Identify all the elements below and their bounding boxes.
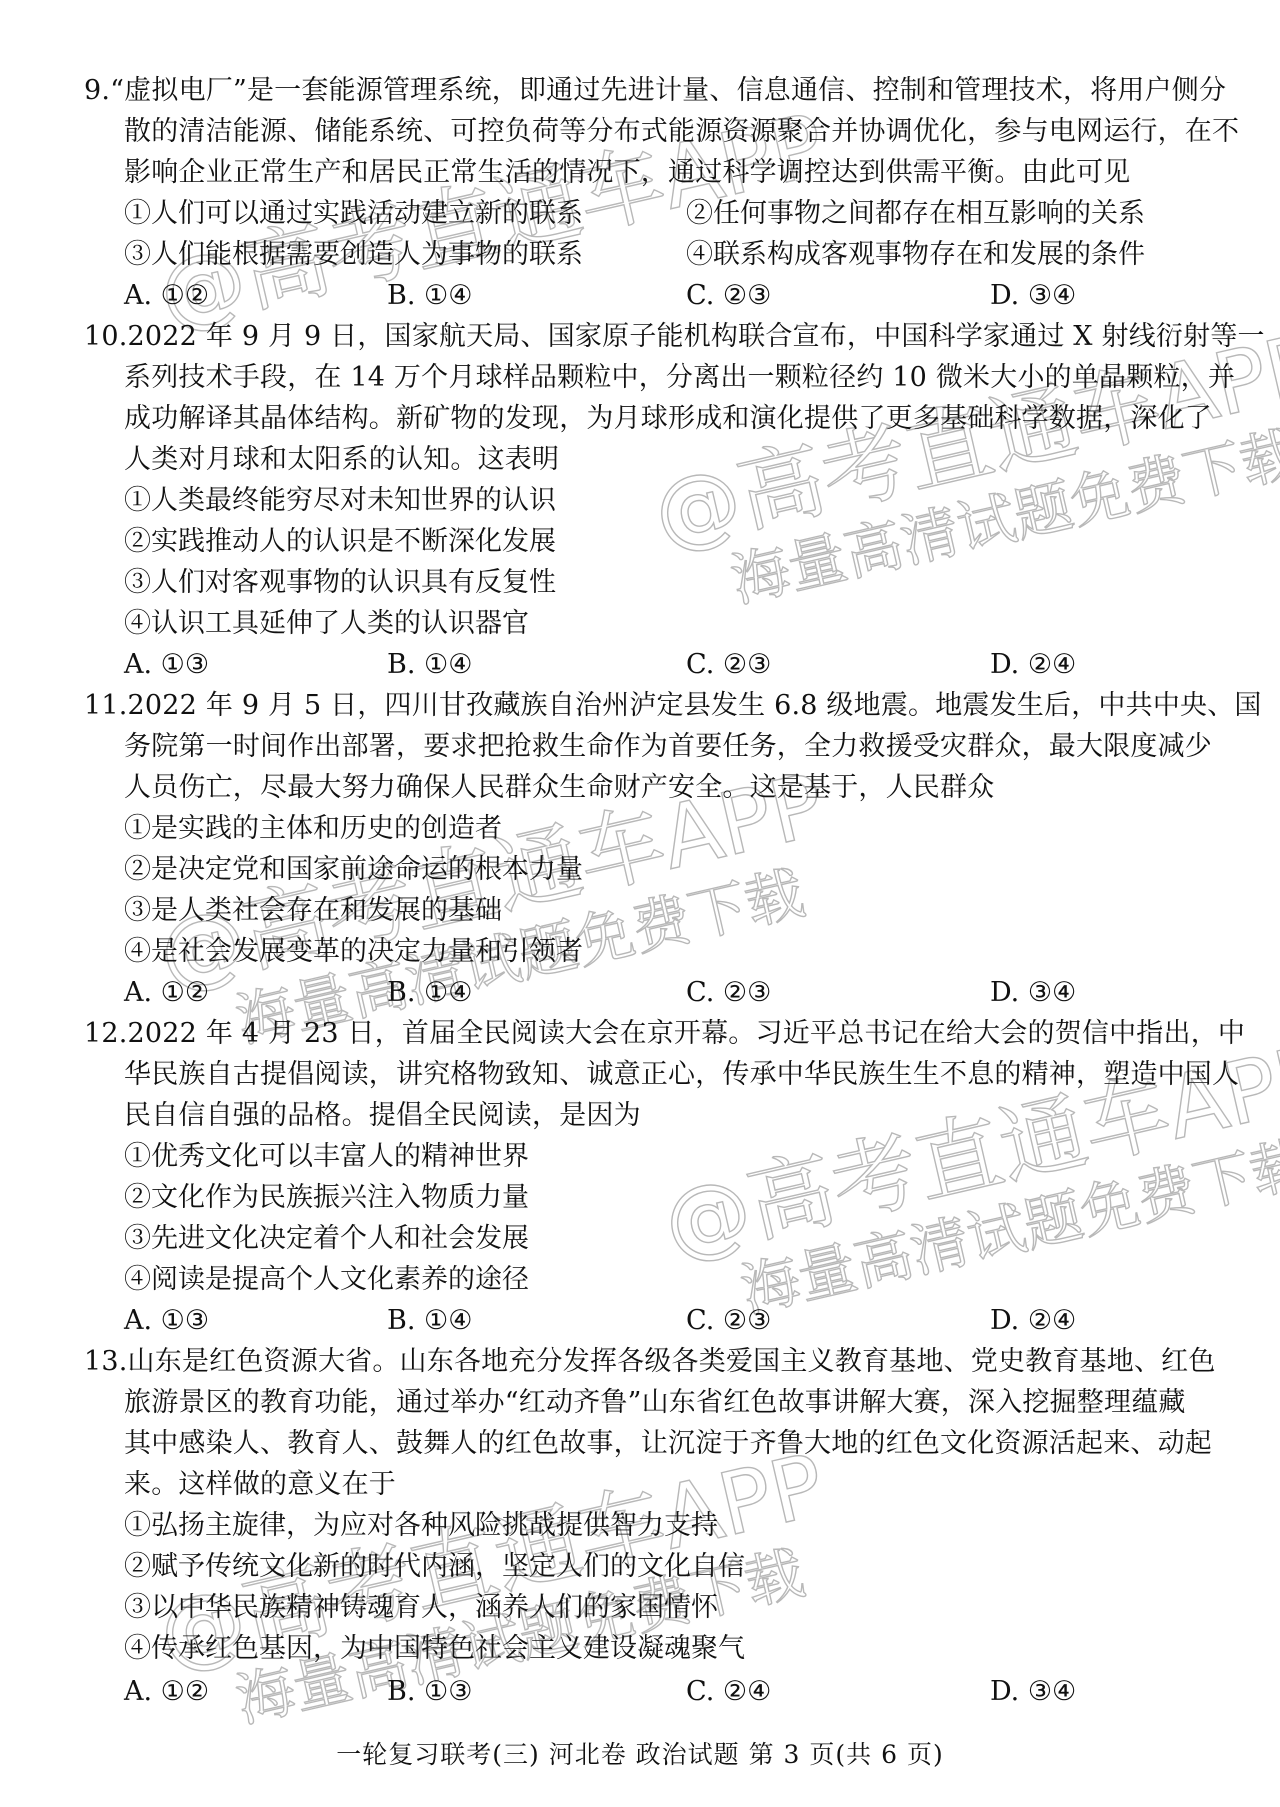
question-stem-line: 9.“虚拟电厂”是一套能源管理系统，即通过先进计量、信息通信、控制和管理技术，将… [84, 70, 1226, 111]
question-stem-line: 13.山东是红色资源大省。山东各地充分发挥各级各类爱国主义教育基地、党史教育基地… [84, 1341, 1216, 1382]
question-stem-line: 11.2022 年 9 月 5 日，四川甘孜藏族自治州泸定县发生 6.8 级地震… [84, 685, 1262, 726]
question-stem-line: 其中感染人、教育人、鼓舞人的红色故事，让沉淀于齐鲁大地的红色文化资源活起来、动起 [124, 1423, 1212, 1464]
answer-option-d: D. ②④ [990, 1300, 1076, 1341]
statement: ④是社会发展变革的决定力量和引领者 [124, 931, 583, 972]
exam-page: @高考直通车APP @高考直通车APP 海量高清试题免费下载 @高考直通车APP… [0, 0, 1280, 1807]
answer-option-b: B. ①④ [387, 275, 472, 316]
statement: ④阅读是提高个人文化素养的途径 [124, 1259, 529, 1300]
answer-option-a: A. ①③ [124, 644, 209, 685]
answer-option-a: A. ①② [124, 972, 209, 1013]
statement: ②是决定党和国家前途命运的根本力量 [124, 849, 583, 890]
statement: ①是实践的主体和历史的创造者 [124, 808, 502, 849]
answer-option-d: D. ③④ [990, 1671, 1076, 1712]
question-stem-line: 旅游景区的教育功能，通过举办“红动齐鲁”山东省红色故事讲解大赛，深入挖掘整理蕴藏 [124, 1382, 1186, 1423]
statement: ②实践推动人的认识是不断深化发展 [124, 521, 556, 562]
answer-option-c: C. ②③ [686, 1300, 771, 1341]
statement: ③人们能根据需要创造人为事物的联系 [124, 234, 583, 275]
answer-option-a: A. ①② [124, 1671, 209, 1712]
answer-option-d: D. ③④ [990, 275, 1076, 316]
statement: ④认识工具延伸了人类的认识器官 [124, 603, 529, 644]
statement: ①人们可以通过实践活动建立新的联系 [124, 193, 583, 234]
answer-option-c: C. ②③ [686, 644, 771, 685]
question-number: 12. [84, 1018, 128, 1049]
question-stem-line: 12.2022 年 4 月 23 日，首届全民阅读大会在京开幕。习近平总书记在给… [84, 1013, 1245, 1054]
question-stem-line: 成功解译其晶体结构。新矿物的发现，为月球形成和演化提供了更多基础科学数据，深化了 [124, 398, 1212, 439]
answer-option-c: C. ②③ [686, 972, 771, 1013]
question-stem-line: 系列技术手段，在 14 万个月球样品颗粒中，分离出一颗粒径约 10 微米大小的单… [124, 357, 1235, 398]
statement: ④传承红色基因，为中国特色社会主义建设凝魂聚气 [124, 1628, 745, 1669]
question-stem-line: 影响企业正常生产和居民正常生活的情况下，通过科学调控达到供需平衡。由此可见 [124, 152, 1130, 193]
statement: ③先进文化决定着个人和社会发展 [124, 1218, 529, 1259]
statement: ①优秀文化可以丰富人的精神世界 [124, 1136, 529, 1177]
question-number: 9. [84, 75, 110, 106]
question-number: 11. [84, 690, 128, 721]
answer-option-b: B. ①④ [387, 644, 472, 685]
question-stem-line: 散的清洁能源、储能系统、可控负荷等分布式能源资源聚合并协调优化，参与电网运行，在… [124, 111, 1239, 152]
question-stem-line: 华民族自古提倡阅读，讲究格物致知、诚意正心，传承中华民族生生不息的精神，塑造中国… [124, 1054, 1239, 1095]
answer-option-b: B. ①③ [387, 1671, 472, 1712]
statement: ①弘扬主旋律，为应对各种风险挑战提供智力支持 [124, 1505, 718, 1546]
statement: ②任何事物之间都存在相互影响的关系 [686, 193, 1145, 234]
statement: ①人类最终能穷尽对未知世界的认识 [124, 480, 556, 521]
question-stem-line: 来。这样做的意义在于 [124, 1464, 396, 1505]
answer-option-a: A. ①② [124, 275, 209, 316]
question-stem-line: 务院第一时间作出部署，要求把抢救生命作为首要任务，全力救援受灾群众，最大限度减少 [124, 726, 1212, 767]
answer-option-a: A. ①③ [124, 1300, 209, 1341]
answer-option-d: D. ②④ [990, 644, 1076, 685]
statement: ③是人类社会存在和发展的基础 [124, 890, 502, 931]
question-stem-line: 人类对月球和太阳系的认知。这表明 [124, 439, 559, 480]
question-stem-line: 人员伤亡，尽最大努力确保人民群众生命财产安全。这是基于，人民群众 [124, 767, 994, 808]
statement: ③人们对客观事物的认识具有反复性 [124, 562, 556, 603]
statement: ②赋予传统文化新的时代内涵，坚定人们的文化自信 [124, 1546, 745, 1587]
answer-option-b: B. ①④ [387, 1300, 472, 1341]
answer-option-b: B. ①④ [387, 972, 472, 1013]
statement: ②文化作为民族振兴注入物质力量 [124, 1177, 529, 1218]
question-number: 13. [84, 1346, 128, 1377]
statement: ④联系构成客观事物存在和发展的条件 [686, 234, 1145, 275]
answer-option-c: C. ②③ [686, 275, 771, 316]
answer-option-d: D. ③④ [990, 972, 1076, 1013]
question-stem-line: 民自信自强的品格。提倡全民阅读，是因为 [124, 1095, 641, 1136]
question-number: 10. [84, 321, 128, 352]
page-footer: 一轮复习联考(三) 河北卷 政治试题 第 3 页(共 6 页) [0, 1738, 1280, 1772]
answer-option-c: C. ②④ [686, 1671, 771, 1712]
question-stem-line: 10.2022 年 9 月 9 日，国家航天局、国家原子能机构联合宣布，中国科学… [84, 316, 1265, 357]
statement: ③以中华民族精神铸魂育人，涵养人们的家国情怀 [124, 1587, 718, 1628]
